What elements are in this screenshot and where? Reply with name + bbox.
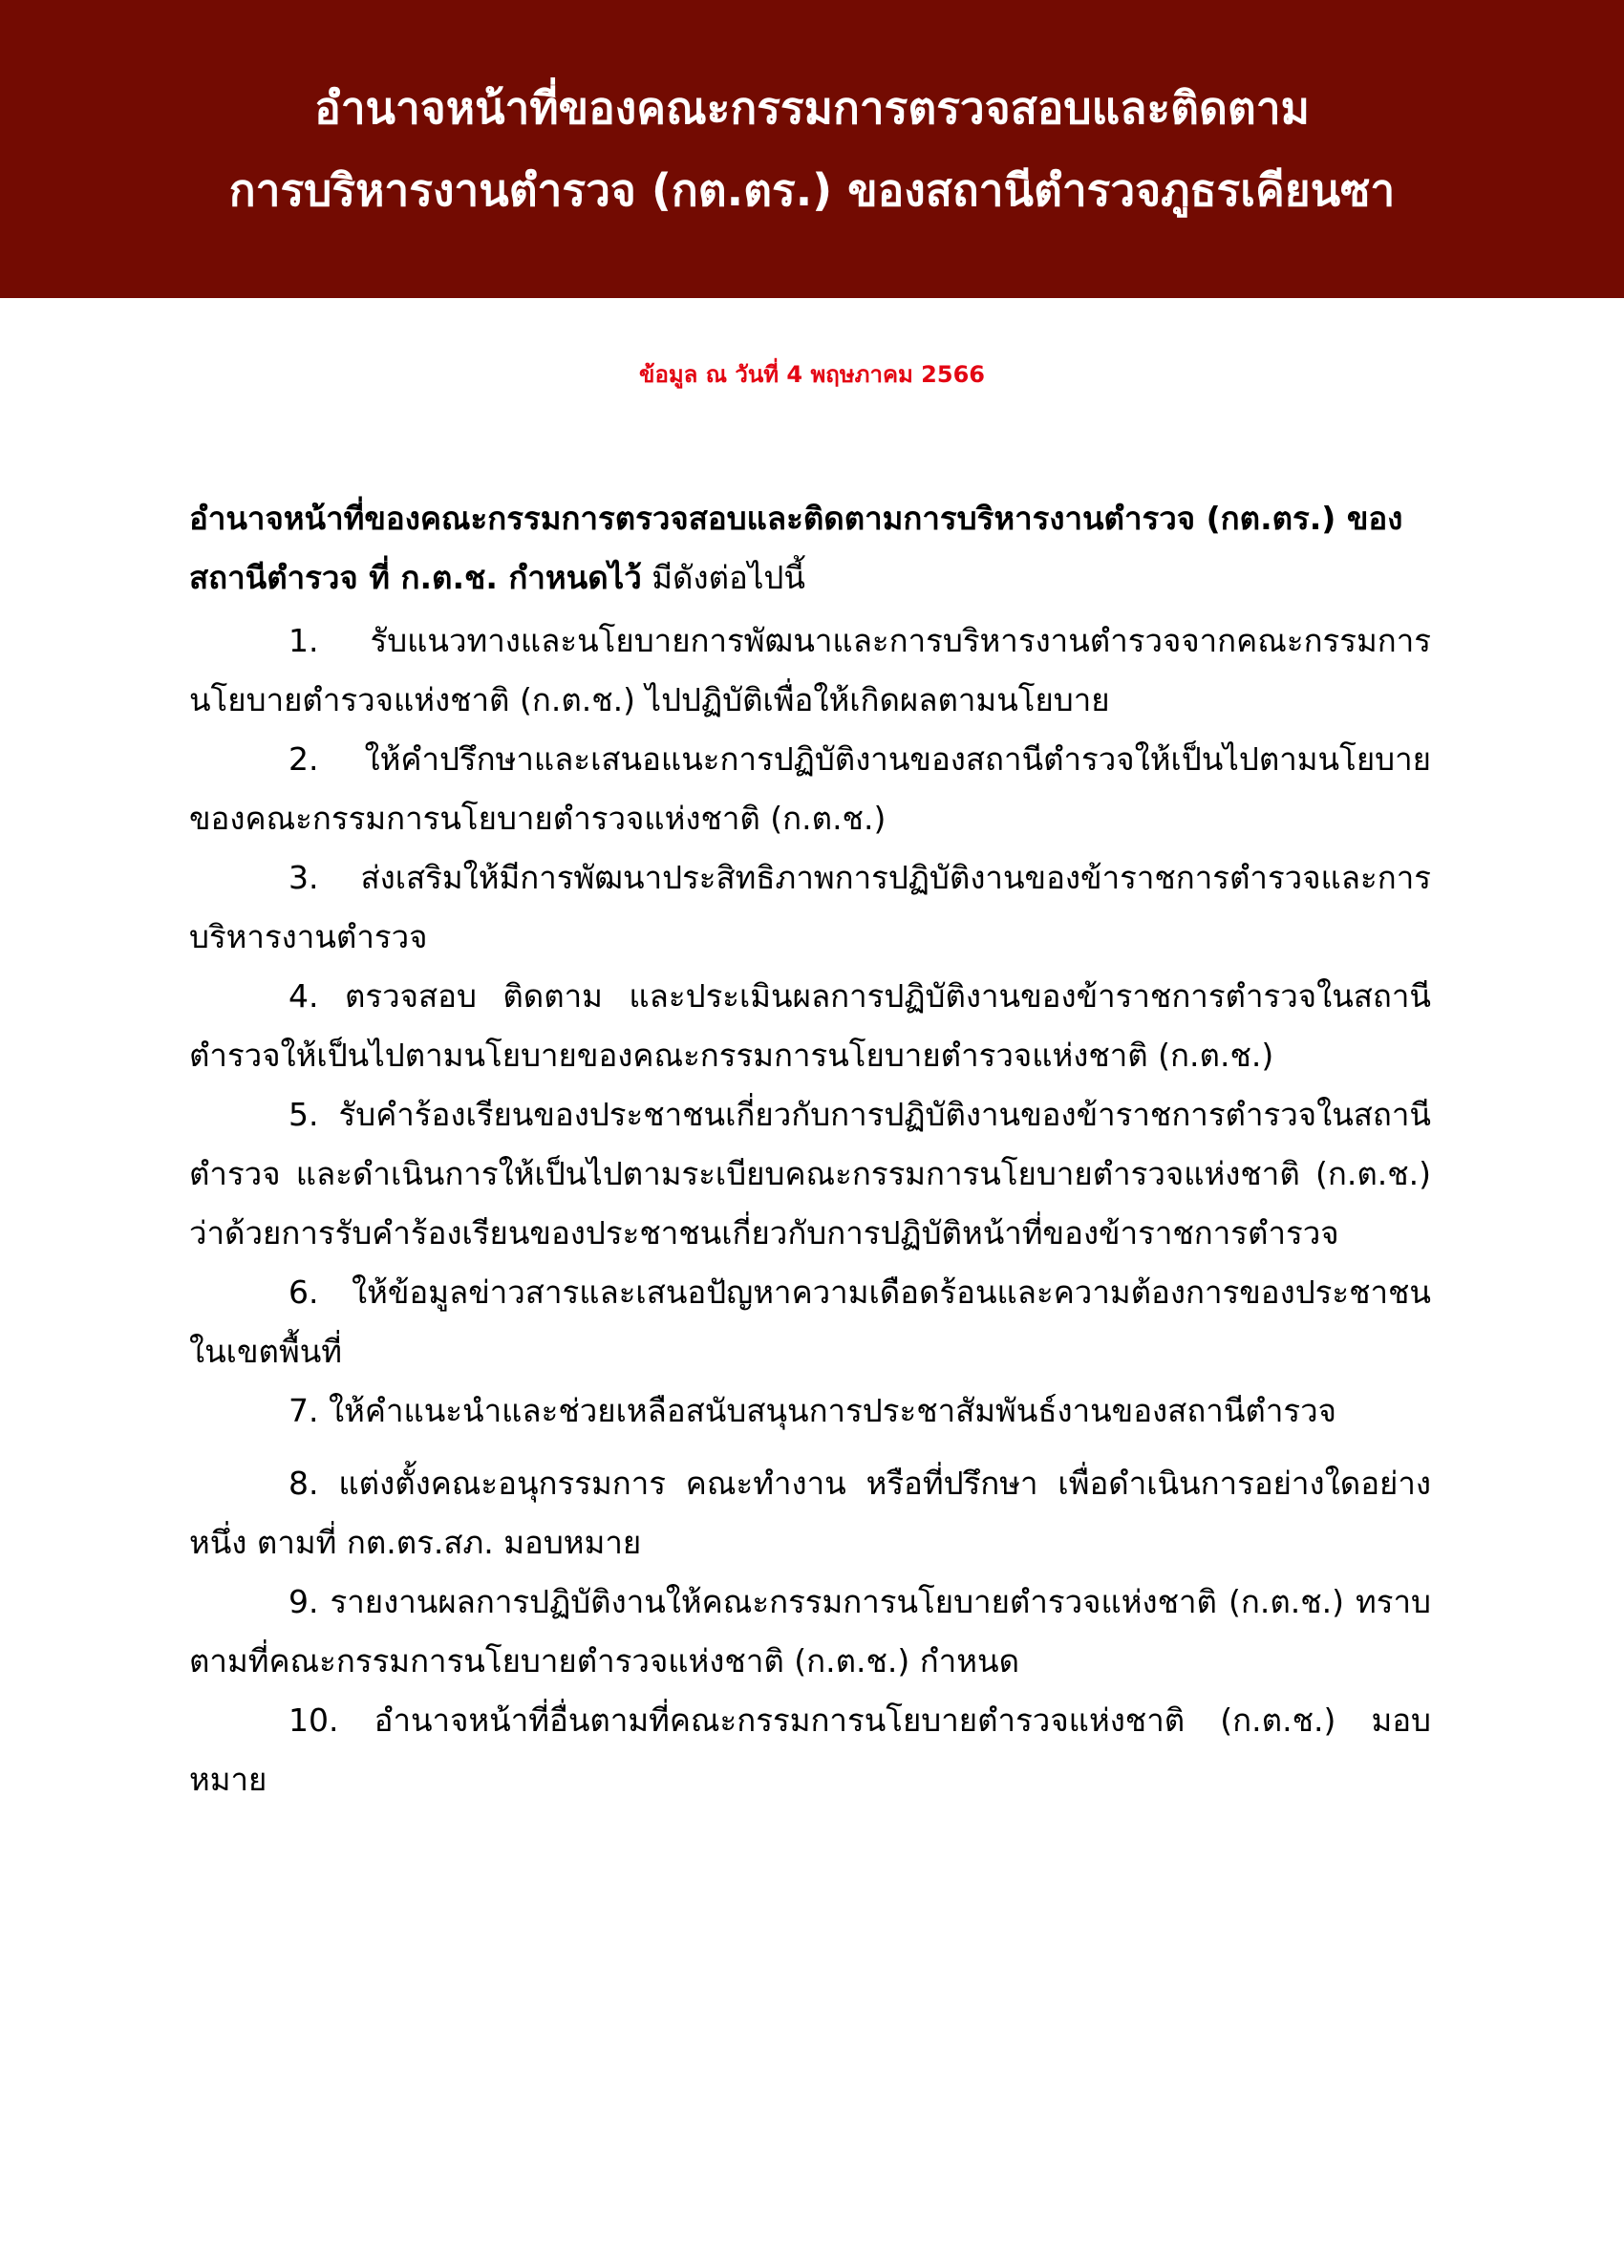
duty-number: 4. (288, 977, 319, 1015)
duty-item-6: 6. ให้ข้อมูลข่าวสารและเสนอปัญหาความเดือด… (189, 1263, 1431, 1381)
title-banner: อำนาจหน้าที่ของคณะกรรมการตรวจสอบและติดตา… (0, 0, 1624, 298)
duty-item-2: 2. ให้คำปรึกษาและเสนอแนะการปฏิบัติงานของ… (189, 730, 1431, 848)
duty-text: รับแนวทางและนโยบายการพัฒนาและการบริหารงา… (189, 622, 1431, 718)
intro-paragraph: อำนาจหน้าที่ของคณะกรรมการตรวจสอบและติดตา… (189, 489, 1431, 608)
duty-number: 1. (288, 622, 319, 659)
intro-normal-text: มีดังต่อไปนี้ (642, 559, 805, 596)
duties-list: 1. รับแนวทางและนโยบายการพัฒนาและการบริหา… (189, 611, 1431, 1809)
duty-number: 3. (288, 859, 319, 896)
duty-text: ส่งเสริมให้มีการพัฒนาประสิทธิภาพการปฏิบั… (189, 859, 1431, 955)
duty-number: 10. (288, 1701, 338, 1739)
duty-number: 6. (288, 1273, 319, 1311)
duty-text: ให้ข้อมูลข่าวสารและเสนอปัญหาความเดือดร้อ… (189, 1273, 1431, 1370)
duty-number: 8. (288, 1465, 319, 1502)
duty-number: 7. (288, 1392, 319, 1429)
duty-text: ให้คำแนะนำและช่วยเหลือสนับสนุนการประชาสั… (329, 1392, 1336, 1429)
duty-number: 2. (288, 740, 319, 778)
duty-text: ให้คำปรึกษาและเสนอแนะการปฏิบัติงานของสถา… (189, 740, 1431, 837)
date-note: ข้อมูล ณ วันที่ 4 พฤษภาคม 2566 (0, 355, 1624, 393)
duty-text: แต่งตั้งคณะอนุกรรมการ คณะทำงาน หรือที่ปร… (189, 1465, 1431, 1561)
duty-item-10: 10. อำนาจหน้าที่อื่นตามที่คณะกรรมการนโยบ… (189, 1691, 1431, 1809)
duty-item-9: 9. รายงานผลการปฏิบัติงานให้คณะกรรมการนโย… (189, 1573, 1431, 1691)
duty-text: รับคำร้องเรียนของประชาชนเกี่ยวกับการปฏิบ… (189, 1096, 1431, 1252)
document-body: อำนาจหน้าที่ของคณะกรรมการตรวจสอบและติดตา… (189, 489, 1431, 1809)
duty-number: 9. (288, 1583, 319, 1620)
page-title-line-1: อำนาจหน้าที่ของคณะกรรมการตรวจสอบและติดตา… (314, 67, 1310, 149)
page-title-line-2: การบริหารงานตำรวจ (กต.ตร.) ของสถานีตำรวจ… (229, 149, 1395, 231)
duty-item-7: 7. ให้คำแนะนำและช่วยเหลือสนับสนุนการประช… (189, 1381, 1431, 1441)
duty-item-3: 3. ส่งเสริมให้มีการพัฒนาประสิทธิภาพการปฏ… (189, 848, 1431, 967)
duty-text: ตรวจสอบ ติดตาม และประเมินผลการปฏิบัติงาน… (189, 977, 1431, 1074)
duty-number: 5. (288, 1096, 319, 1133)
duty-text: รายงานผลการปฏิบัติงานให้คณะกรรมการนโยบาย… (189, 1583, 1431, 1680)
duty-item-1: 1. รับแนวทางและนโยบายการพัฒนาและการบริหา… (189, 611, 1431, 730)
duty-item-8: 8. แต่งตั้งคณะอนุกรรมการ คณะทำงาน หรือที… (189, 1454, 1431, 1573)
duty-text: อำนาจหน้าที่อื่นตามที่คณะกรรมการนโยบายตำ… (189, 1701, 1431, 1798)
duty-item-5: 5. รับคำร้องเรียนของประชาชนเกี่ยวกับการป… (189, 1085, 1431, 1263)
duty-item-4: 4. ตรวจสอบ ติดตาม และประเมินผลการปฏิบัติ… (189, 967, 1431, 1085)
